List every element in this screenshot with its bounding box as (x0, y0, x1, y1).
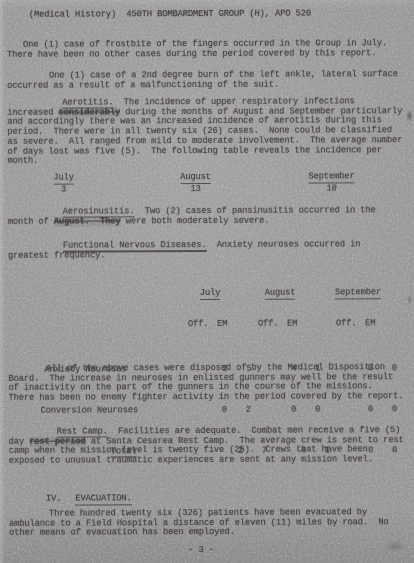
neuroses-table-month-row: July August September (8, 289, 406, 301)
col-header-enlisted: EM (280, 319, 304, 329)
aerosinusitis-text-after: were both moderately severe. (121, 215, 270, 226)
aerosinusitis-overstruck-words: August. They (54, 216, 121, 226)
incidence-month-august: August (180, 173, 211, 184)
incidence-col-august: August13 (120, 173, 272, 195)
incidence-month-september: September (308, 172, 354, 183)
evacuation-section-heading: IV.EVACUATION. (46, 494, 132, 505)
section-numeral: IV. (46, 495, 61, 506)
col-header-officers: Off. (186, 320, 210, 330)
neuroses-month-august: August (265, 289, 296, 300)
aerotitis-paragraph: Aerotitis. The incidence of upper respir… (7, 97, 405, 167)
incidence-value-september: 10 (272, 184, 392, 194)
incidence-value-august: 13 (120, 184, 272, 194)
row-label: Conversion Neuroses (9, 406, 213, 417)
cell-value: 0 (212, 406, 236, 416)
cell-value: 2 (236, 406, 260, 416)
col-header-officers: Off. (334, 319, 358, 329)
scan-artifact-dark-nick (405, 108, 414, 124)
frostbite-paragraph: One (1) case of frostbite of the fingers… (7, 39, 405, 60)
section-title: EVACUATION. (75, 494, 131, 505)
document-header: (Medical History) 450TH BOMBARDMENT GROU… (29, 10, 311, 21)
cell-value: 0 (306, 405, 330, 415)
incidence-col-july: July3 (8, 173, 120, 195)
disposition-paragraph: All of the above cases were disposed of … (8, 363, 406, 404)
burn-paragraph: One (1) case of a 2nd degree burn of the… (7, 70, 405, 91)
cell-value: 0 (383, 405, 407, 415)
evacuation-paragraph: Three hundred twenty six (326) patients … (9, 508, 407, 539)
col-header-enlisted: EM (210, 319, 234, 329)
neuroses-table-subheader-row: Off.EM Off.EM Off.EM (8, 319, 406, 330)
neuroses-month-july: July (200, 289, 221, 300)
cell-value: 0 (359, 405, 383, 415)
incidence-table: July3 August13 September10 (8, 172, 406, 195)
cell-value: 0 (282, 405, 306, 415)
col-header-officers: Off. (256, 319, 280, 329)
aerosinusitis-paragraph: Aerosinusitis. Two (2) cases of pansinus… (8, 206, 406, 227)
incidence-col-september: September10 (272, 172, 392, 194)
table-row-conversion-neuroses: Conversion Neuroses 02 00 00 (9, 405, 407, 416)
document-content: (Medical History) 450TH BOMBARDMENT GROU… (0, 0, 414, 563)
scan-artifact-dark-nick (406, 294, 413, 305)
incidence-month-july: July (53, 174, 74, 185)
scanned-document-page: (Medical History) 450TH BOMBARDMENT GROU… (0, 0, 414, 563)
rest-camp-paragraph: Rest Camp. Facilities are adequate. Comb… (9, 426, 407, 467)
scan-artifact-smear (381, 539, 409, 554)
neuroses-month-september: September (335, 289, 381, 300)
col-header-enlisted: EM (358, 319, 382, 329)
page-number: - 3 - (1, 545, 401, 556)
functional-nervous-paragraph: Functional Nervous Diseases. Anxiety neu… (8, 240, 406, 261)
incidence-value-july: 3 (8, 185, 120, 195)
